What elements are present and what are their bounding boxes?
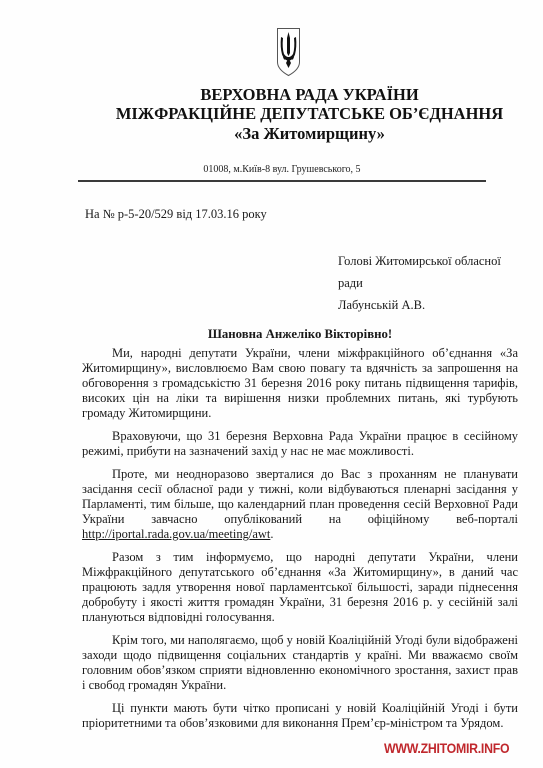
paragraph-text: Проте, ми неодноразово зверталися до Вас…	[82, 467, 518, 526]
reference-number: На № р-5-20/529 від 17.03.16 року	[85, 207, 267, 222]
paragraph: Враховуючи, що 31 березня Верховна Рада …	[82, 429, 518, 459]
recipient-line: ради	[338, 272, 501, 294]
paragraph: Ці пункти мають бути чітко прописані у н…	[82, 701, 518, 731]
paragraph: Ми, народні депутати України, члени міжф…	[82, 346, 518, 421]
link-suffix: .	[270, 527, 273, 541]
recipient-name: Лабунській А.В.	[338, 294, 501, 316]
paragraph: Разом з тим інформуємо, що народні депут…	[82, 550, 518, 625]
letterhead-divider	[78, 180, 486, 182]
letter-body: Ми, народні депутати України, члени міжф…	[82, 346, 518, 739]
trident-coat-of-arms-icon	[276, 27, 301, 77]
paragraph: Крім того, ми наполягаємо, щоб у новій К…	[82, 633, 518, 693]
salutation: Шановна Анжеліко Вікторівно!	[82, 327, 518, 342]
iportal-link[interactable]: http://iportal.rada.gov.ua/meeting/awt	[82, 527, 270, 541]
site-watermark: WWW.ZHITOMIR.INFO	[384, 740, 509, 756]
recipient-line: Голові Житомирської обласної	[338, 250, 501, 272]
letterhead-group-name: «За Житомирщину»	[38, 124, 543, 144]
letterhead-address: 01008, м.Київ-8 вул. Грушевського, 5	[78, 164, 486, 175]
letterhead-title: ВЕРХОВНА РАДА УКРАЇНИ	[38, 85, 543, 105]
recipient-block: Голові Житомирської обласної ради Лабунс…	[338, 250, 501, 316]
letterhead-subtitle: МІЖФРАКЦІЙНЕ ДЕПУТАТСЬКЕ ОБ’ЄДНАННЯ	[38, 104, 543, 124]
letter-page: ВЕРХОВНА РАДА УКРАЇНИ МІЖФРАКЦІЙНЕ ДЕПУТ…	[0, 0, 543, 768]
paragraph: Проте, ми неодноразово зверталися до Вас…	[82, 467, 518, 542]
